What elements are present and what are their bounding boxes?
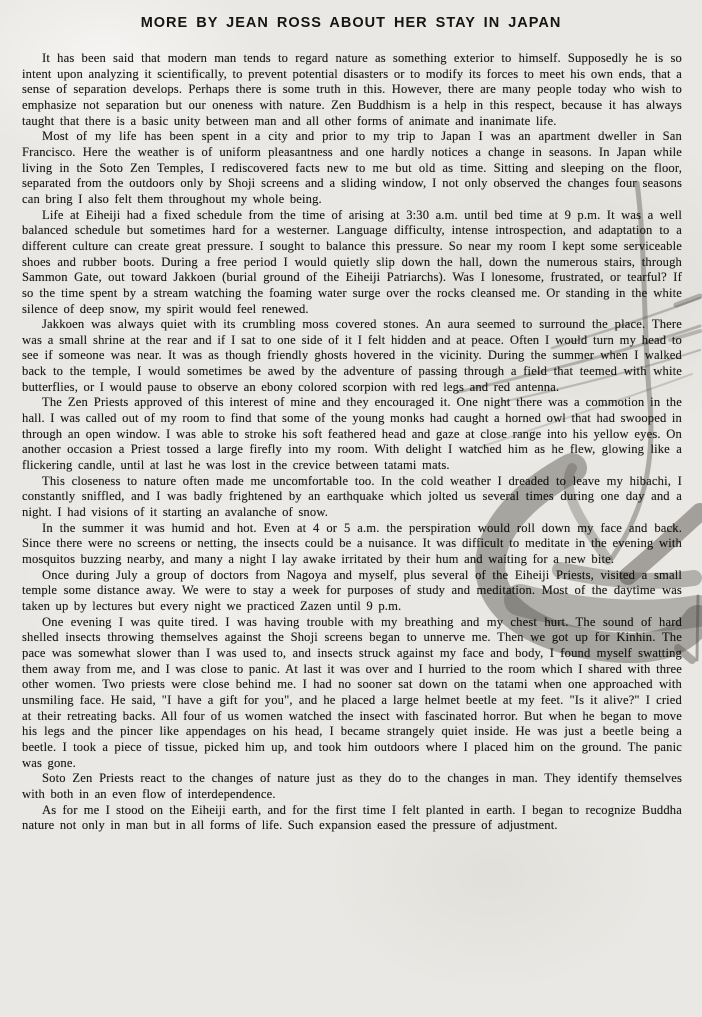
paragraph: The Zen Priests approved of this interes… <box>22 395 682 473</box>
paragraph: As for me I stood on the Eiheiji earth, … <box>22 803 682 834</box>
paragraph: Most of my life has been spent in a city… <box>22 129 682 207</box>
paragraph: Jakkoen was always quiet with its crumbl… <box>22 317 682 395</box>
paragraph: Soto Zen Priests react to the changes of… <box>22 771 682 802</box>
paragraph: One evening I was quite tired. I was hav… <box>22 615 682 772</box>
page-title: MORE BY JEAN ROSS ABOUT HER STAY IN JAPA… <box>0 0 702 31</box>
article-body: It has been said that modern man tends t… <box>0 31 702 834</box>
paragraph: This closeness to nature often made me u… <box>22 474 682 521</box>
paragraph: It has been said that modern man tends t… <box>22 51 682 129</box>
document-page: MORE BY JEAN ROSS ABOUT HER STAY IN JAPA… <box>0 0 702 1017</box>
paragraph: Once during July a group of doctors from… <box>22 568 682 615</box>
paragraph: Life at Eiheiji had a fixed schedule fro… <box>22 208 682 318</box>
paragraph: In the summer it was humid and hot. Even… <box>22 521 682 568</box>
